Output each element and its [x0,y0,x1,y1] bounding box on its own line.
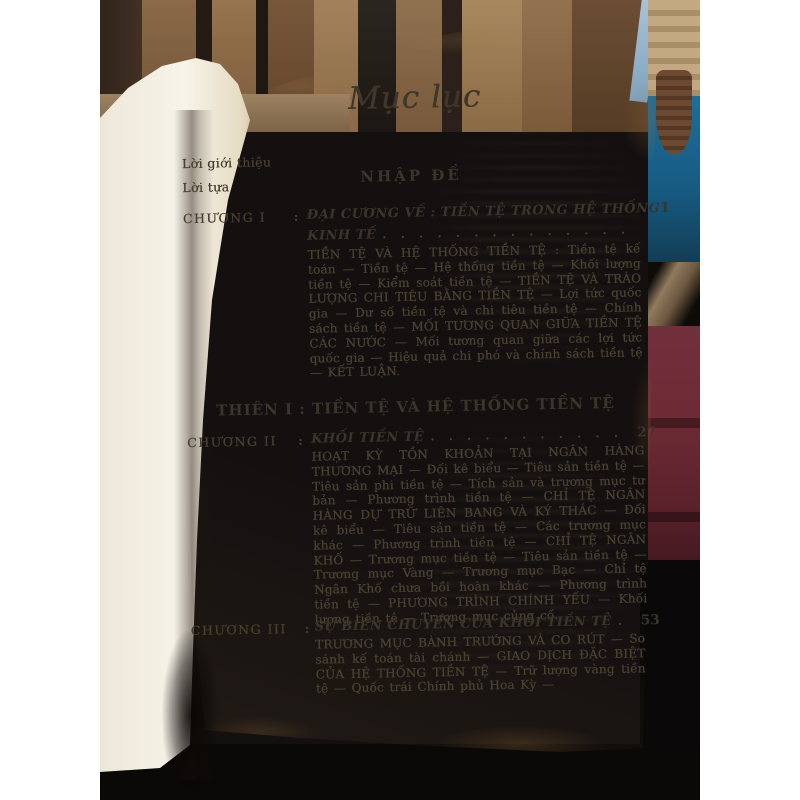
front-matter-item: Lời giới thiệu [182,154,272,171]
dot-leader: . . . . . . . . . . . . . . . [430,426,627,444]
dot-leader: . . . . . . . . . . . . . . [382,222,646,241]
page-title: Mục lục [274,77,555,118]
chapter-title: ĐẠI CƯƠNG VỀ : TIỀN TỆ TRONG HỆ THỐNG [307,201,661,223]
chapter-title-row: KINH TẾ . . . . . . . . . . . . . . [307,222,652,244]
chapter-summary: TIỀN TỆ VÀ HỆ THỐNG TIỀN TỆ : Tiền tệ kế… [307,241,642,381]
chapter-label: CHƯƠNG II [187,433,277,450]
intro-heading: NHẬP ĐỀ [306,165,516,187]
front-matter-item: Lời tựa [182,179,229,195]
page-number: 53 [641,612,660,628]
page-number: 27 [637,424,656,440]
chapter-summary: TRƯƠNG MỤC BÀNH TRƯỚNG VÀ CO RÚT — So sá… [315,631,646,697]
chapter-colon: : [298,433,303,448]
toc-text: Mục lục Lời giới thiệu Lời tựa NHẬP ĐỀ C… [100,0,700,800]
chapter-title: SỰ BIẾN CHUYỂN CỦA KHỐI TIỀN TỆ [315,614,612,635]
chapter-colon: : [294,209,299,224]
chapter-title: KINH TẾ [307,227,376,243]
book-photo: Mục lục Lời giới thiệu Lời tựa NHẬP ĐỀ C… [100,0,700,800]
part-heading: THIÊN I : TIỀN TỆ VÀ HỆ THỐNG TIỀN TỆ [215,394,615,420]
page-number: 1 [660,200,670,216]
chapter-title: KHỐI TIỀN TỆ [311,430,424,447]
dot-leader: . . . . [618,614,631,628]
chapter-label: CHƯƠNG III [191,621,287,638]
chapter-colon: : [305,621,310,636]
chapter-summary: HOẠT KỲ TỒN KHOẢN TẠI NGÂN HÀNG THƯƠNG M… [311,443,647,627]
chapter-title-row: ĐẠI CƯƠNG VỀ : TIỀN TỆ TRONG HỆ THỐNG 1 [307,200,652,223]
chapter-label: CHƯƠNG I [183,210,266,227]
